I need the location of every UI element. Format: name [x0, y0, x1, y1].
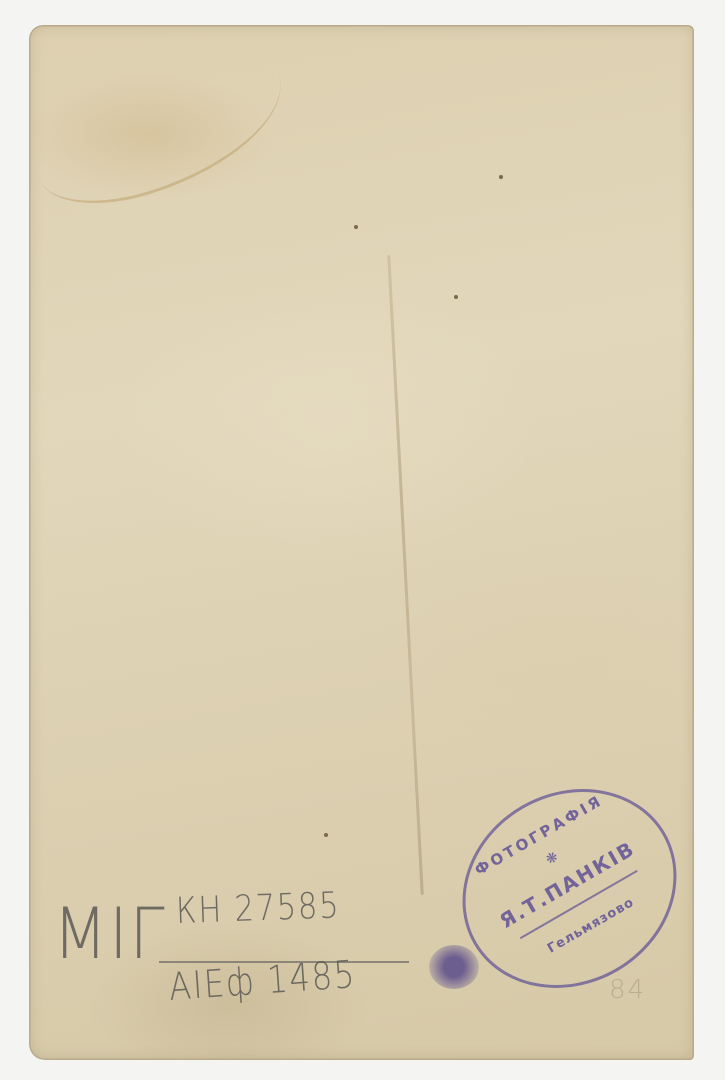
paper-crease	[387, 255, 424, 895]
collection-code: МІГ	[53, 893, 166, 975]
foxing-spot	[499, 175, 503, 179]
inventory-number: КН 27585	[175, 885, 341, 932]
photographer-stamp: ФОТОГРАФІЯ ❋ Я.Т.ПАНКІВ Гельмязово	[426, 751, 713, 1027]
foxing-spot	[454, 295, 458, 299]
corner-note: 84	[609, 975, 646, 1005]
foxing-spot	[324, 833, 328, 837]
water-stain	[16, 28, 301, 225]
ink-blot	[429, 945, 479, 989]
photo-card-back: МІГ КН 27585 АІЕф 1485 84 ФОТОГРАФІЯ ❋ Я…	[29, 25, 694, 1060]
foxing-spot	[354, 225, 358, 229]
